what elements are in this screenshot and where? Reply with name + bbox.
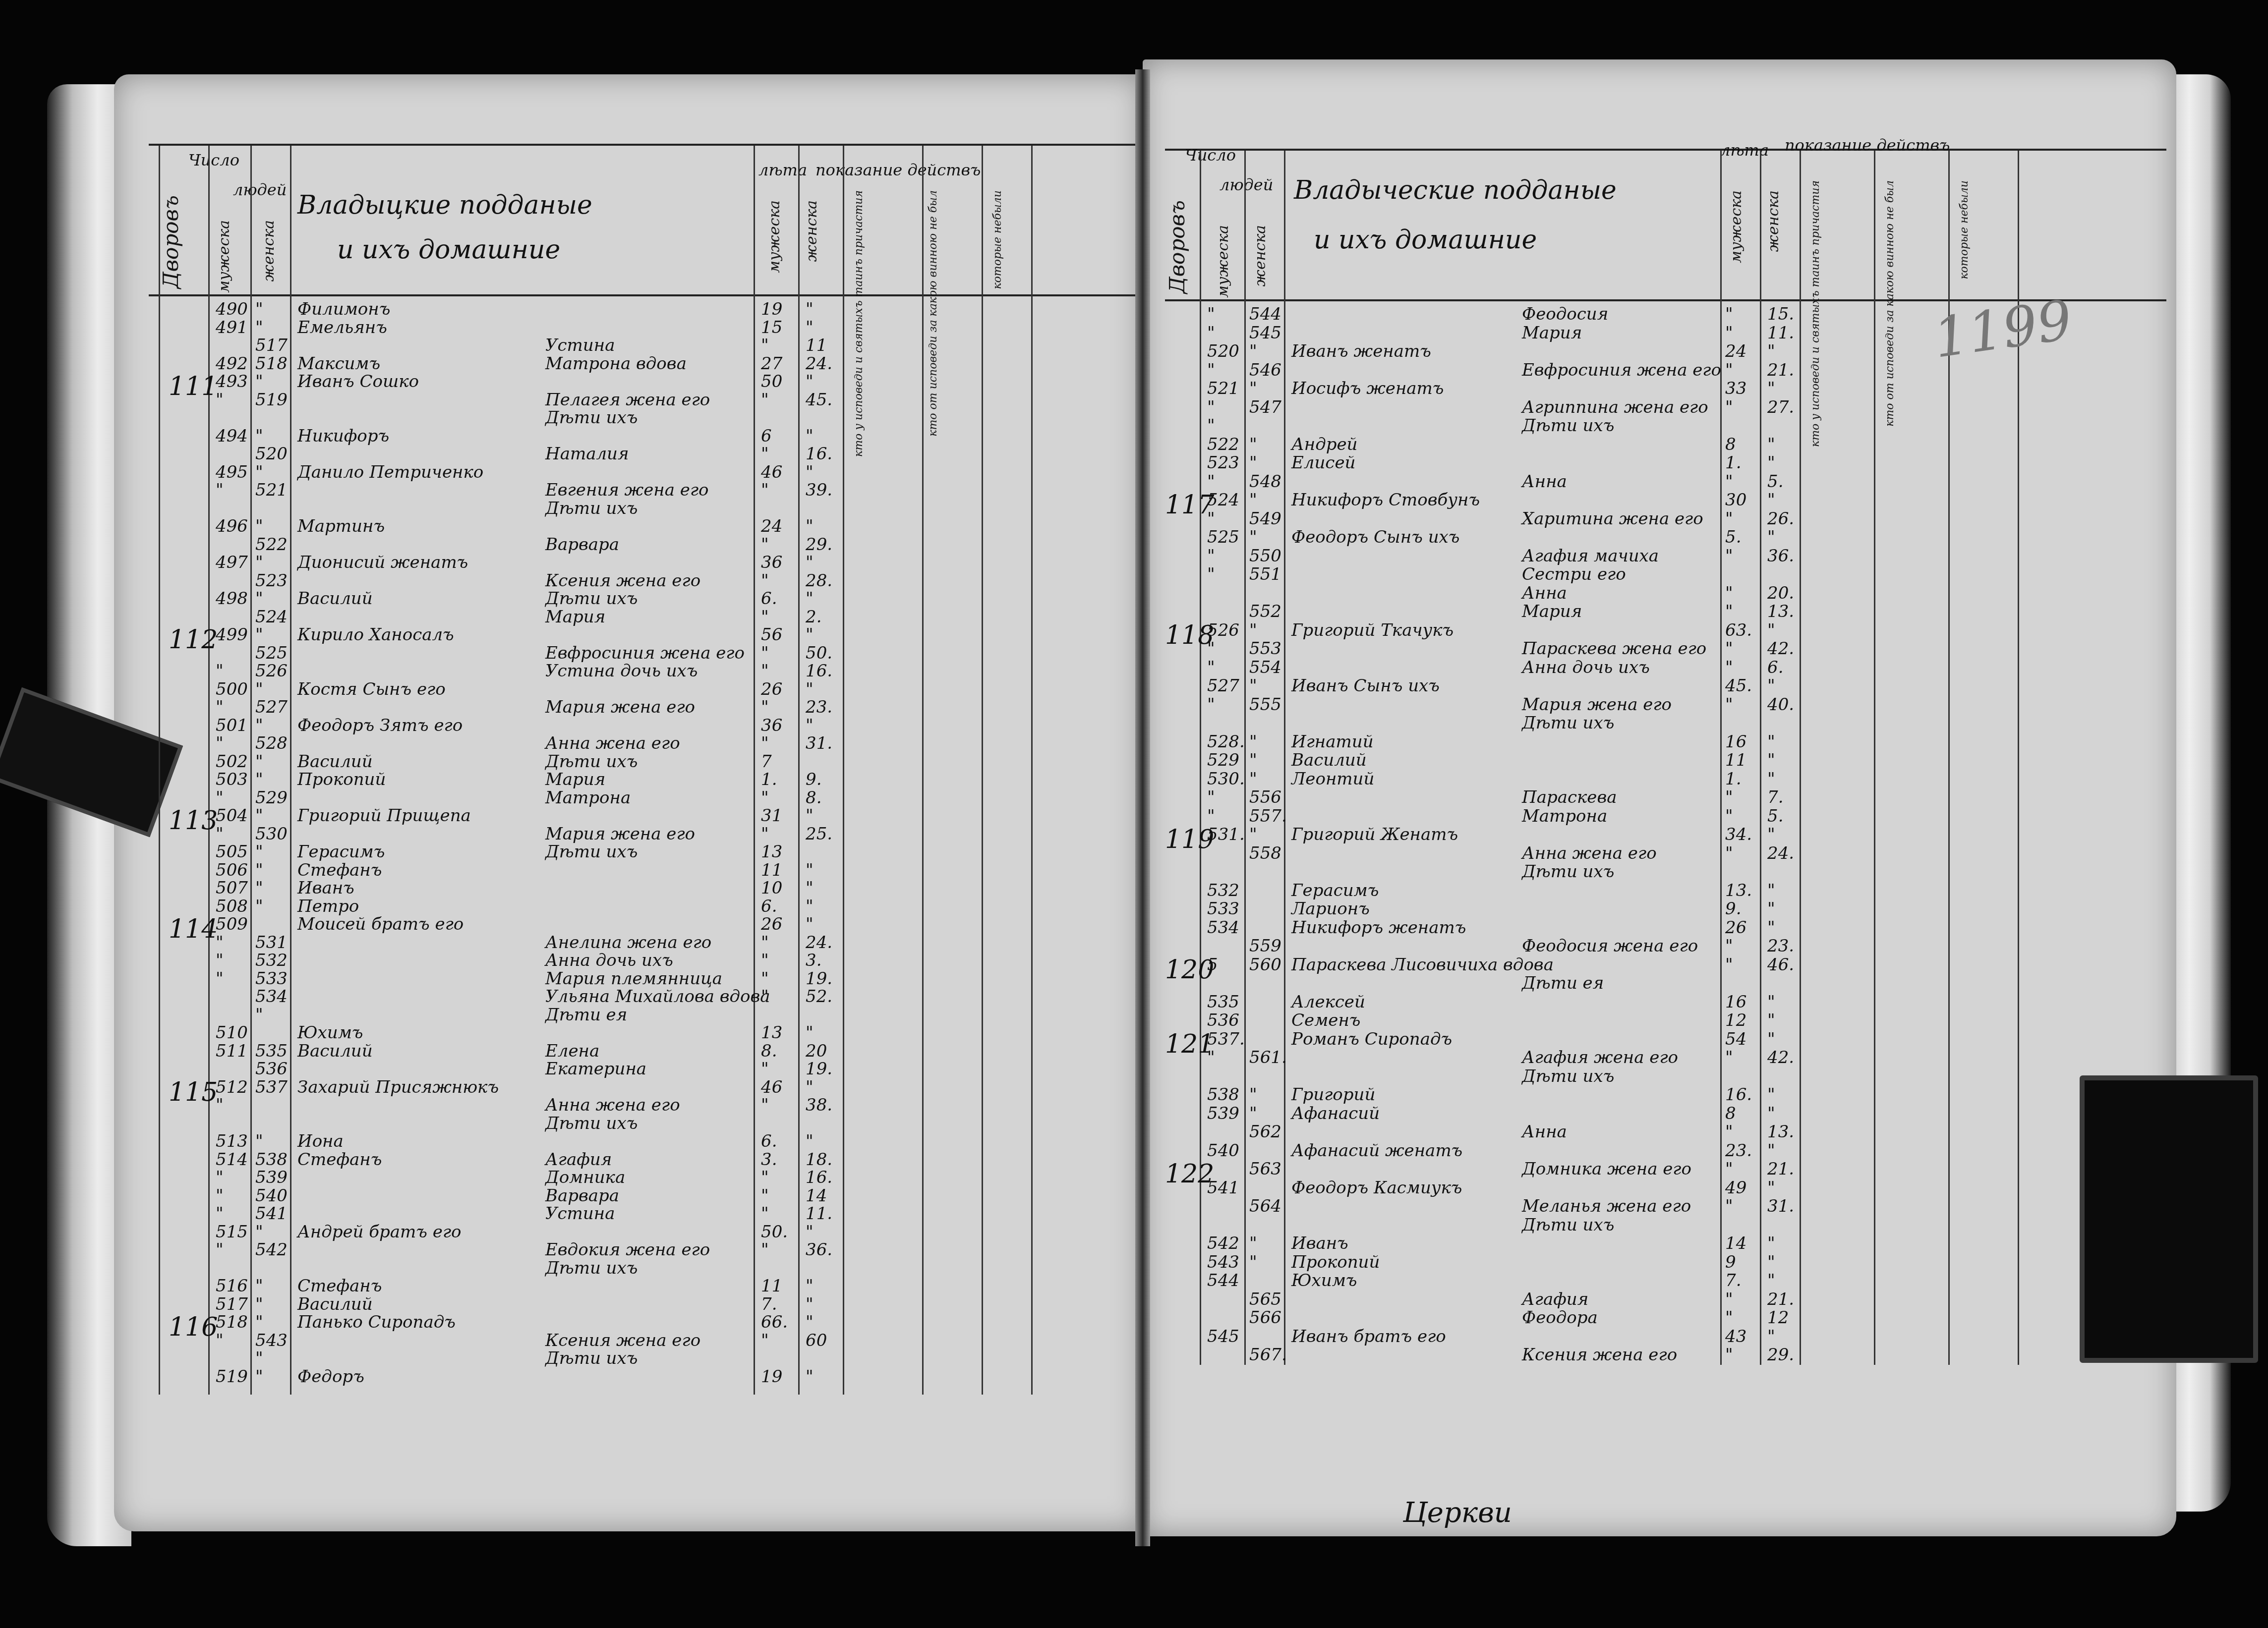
cell-female-no: " <box>1249 769 1257 789</box>
cell-age-m: 16 <box>1725 992 1746 1012</box>
cell-female-no: 567. <box>1249 1345 1287 1365</box>
cell-age-m: 7. <box>761 1294 777 1314</box>
cell-age-m: " <box>1725 1122 1733 1142</box>
cell-relation: Ксения жена его <box>545 571 700 591</box>
cell-age-f: 42. <box>1767 1048 1794 1067</box>
cell-name: Елисей <box>1291 453 1355 473</box>
cell-age-m: 5. <box>1725 527 1741 547</box>
cell-female-no: " <box>255 625 263 645</box>
cell-name: Захарий Присяжнюкъ <box>297 1077 499 1097</box>
cell-age-f: 9. <box>806 770 821 789</box>
header-evidence-col-3: которые небыли <box>1958 180 1971 280</box>
cell-male-no: 526 <box>1207 620 1239 640</box>
cell-relation: Параскева жена его <box>1522 639 1706 659</box>
cell-relation: Дѣти ихъ <box>1522 862 1614 882</box>
cell-age-m: 63. <box>1725 620 1752 640</box>
cell-female-no: 554 <box>1249 658 1281 677</box>
cell-male-no: " <box>216 480 224 500</box>
cell-female-no: 526 <box>255 661 288 681</box>
cell-name: Мартинъ <box>297 516 385 536</box>
cell-relation: Домника <box>545 1168 625 1187</box>
header-female: женска <box>260 220 278 281</box>
cell-age-f: 7. <box>1767 787 1783 807</box>
cell-female-no: " <box>255 299 263 319</box>
cell-age-m: 27 <box>761 354 782 374</box>
cell-age-f: " <box>1767 918 1775 938</box>
cell-relation: Анна жена его <box>545 733 680 753</box>
cell-name: Василий <box>297 1294 373 1314</box>
cell-female-no: 540 <box>255 1186 288 1206</box>
cell-female-no: " <box>255 1131 263 1151</box>
cell-age-f: " <box>806 462 814 482</box>
cell-age-m: 1. <box>761 770 777 789</box>
cell-relation: Матрона <box>545 788 631 808</box>
cell-age-f: 31. <box>1767 1196 1794 1216</box>
cell-relation: Дѣти ихъ <box>1522 1215 1614 1235</box>
cell-age-m: 7 <box>761 752 772 772</box>
cell-relation: Агриппина жена его <box>1522 397 1708 417</box>
cell-female-no: " <box>1249 341 1257 361</box>
cell-female-no: 542 <box>255 1240 288 1260</box>
cell-male-no: " <box>216 697 224 717</box>
cell-age-f: 2. <box>806 607 821 627</box>
cell-age-f: " <box>806 299 814 319</box>
cell-age-f: " <box>1767 1104 1775 1123</box>
cell-male-no: 498 <box>216 589 248 609</box>
cell-male-no: 534 <box>1207 918 1239 938</box>
cell-relation: Дѣти ихъ <box>545 1258 638 1278</box>
cell-female-no: " <box>255 806 263 826</box>
cell-relation: Анелина жена его <box>545 933 711 953</box>
cell-male-no: 5 <box>1207 955 1218 975</box>
cell-age-m: " <box>761 697 769 717</box>
cell-age-m: 30 <box>1725 490 1746 510</box>
cell-age-f: 24. <box>806 933 832 953</box>
cell-age-m: " <box>761 987 769 1007</box>
cell-male-no: " <box>1207 695 1215 715</box>
cell-male-no: 505 <box>216 842 248 862</box>
cell-female-no: 548 <box>1249 472 1281 492</box>
cell-age-m: 13. <box>1725 881 1752 900</box>
header-number-group: Число <box>188 151 239 169</box>
cell-age-f: " <box>1767 620 1775 640</box>
cell-name: Стефанъ <box>297 1276 382 1296</box>
cell-male-no: 490 <box>216 299 248 319</box>
cell-age-m: " <box>761 1095 769 1115</box>
cell-age-m: 6. <box>761 1131 777 1151</box>
cell-age-f: " <box>806 860 814 880</box>
cell-age-f: 8. <box>806 788 821 808</box>
cell-age-m: 6. <box>761 897 777 916</box>
cell-name: Костя Сынъ его <box>297 679 446 699</box>
header-households: Дворовъ <box>159 195 183 289</box>
page-title-line2: и ихъ домашние <box>337 235 560 265</box>
cell-female-no: 521 <box>255 480 288 500</box>
cell-age-f: 18. <box>806 1150 832 1170</box>
cell-age-f: 16. <box>806 1168 832 1187</box>
cell-age-m: 36 <box>761 716 782 735</box>
cell-male-no: " <box>1207 472 1215 492</box>
cell-male-no: " <box>1207 360 1215 380</box>
cell-male-no: " <box>1207 546 1215 566</box>
header-age-group: лѣта <box>758 161 807 179</box>
footer-note: Церкви <box>1403 1497 1512 1529</box>
cell-age-f: " <box>806 516 814 536</box>
cell-male-no: " <box>216 1186 224 1206</box>
cell-male-no: 521 <box>1207 379 1239 398</box>
cell-female-no: 527 <box>255 697 288 717</box>
cell-age-f: " <box>806 716 814 735</box>
cell-age-m: " <box>761 480 769 500</box>
cell-relation: Евфросиния жена его <box>545 643 745 663</box>
cell-female-no: 564 <box>1249 1196 1281 1216</box>
cell-age-m: 13 <box>761 842 782 862</box>
cell-female-no: 518 <box>255 354 288 374</box>
cell-female-no: 555 <box>1249 695 1281 715</box>
cell-age-m: " <box>1725 955 1733 975</box>
cell-age-f: " <box>1767 453 1775 473</box>
cell-female-no: 562 <box>1249 1122 1281 1142</box>
cell-male-no: " <box>1207 787 1215 807</box>
cell-name: Ларионъ <box>1291 899 1370 919</box>
cell-age-m: " <box>761 1186 769 1206</box>
cell-female-no: 520 <box>255 444 288 464</box>
cell-age-f: 21. <box>1767 1290 1794 1309</box>
cell-age-f: " <box>806 1294 814 1314</box>
cell-female-no: 545 <box>1249 323 1281 343</box>
cell-age-m: " <box>761 390 769 410</box>
cell-male-no: " <box>216 1204 224 1224</box>
header-evidence-group: показание действъ <box>1785 136 1950 155</box>
cell-age-m: 45. <box>1725 676 1752 696</box>
cell-relation: Наталия <box>545 444 629 464</box>
cell-name: Иосифъ женатъ <box>1291 379 1444 398</box>
header-age-female: женска <box>803 200 820 262</box>
cell-age-f: " <box>1767 1010 1775 1030</box>
cell-female-no: " <box>1249 1085 1257 1105</box>
cell-relation: Параскева <box>1522 787 1617 807</box>
page-title-line1: Владыцкие подданые <box>297 190 592 220</box>
cell-age-m: 11 <box>761 1276 782 1296</box>
cell-male-no: " <box>216 1168 224 1187</box>
cell-relation: Дѣти ихъ <box>545 1114 638 1133</box>
cell-female-no: 538 <box>255 1150 288 1170</box>
cell-male-no: 502 <box>216 752 248 772</box>
cell-age-f: 45. <box>806 390 832 410</box>
cell-name: Дионисий женатъ <box>297 553 468 572</box>
cell-name: Федоръ <box>297 1367 364 1387</box>
header-souls-group: людей <box>1220 175 1273 194</box>
cell-age-f: " <box>806 1131 814 1151</box>
cell-age-f: " <box>1767 769 1775 789</box>
cell-age-f: " <box>1767 490 1775 510</box>
cell-age-m: " <box>1725 695 1733 715</box>
cell-name: Никифоръ женатъ <box>1291 918 1466 938</box>
cell-age-f: 21. <box>1767 360 1794 380</box>
cell-male-no: 525 <box>1207 527 1239 547</box>
cell-male-no: 545 <box>1207 1327 1239 1347</box>
cell-age-f: " <box>1767 1234 1775 1253</box>
cell-relation: Ульяна Михайлова вдова <box>545 987 770 1007</box>
cell-age-m: 8. <box>761 1041 777 1061</box>
cell-age-m: " <box>1725 639 1733 659</box>
cell-female-no: " <box>255 842 263 862</box>
cell-age-m: " <box>1725 472 1733 492</box>
cell-female-no: 544 <box>1249 304 1281 324</box>
cell-male-no: " <box>216 661 224 681</box>
cell-name: Кирило Ханосалъ <box>297 625 454 645</box>
cell-age-m: 26 <box>1725 918 1746 938</box>
cell-age-m: " <box>761 1168 769 1187</box>
cell-relation: Дѣти ихъ <box>545 408 638 428</box>
cell-name: Иванъ Сынъ ихъ <box>1291 676 1440 696</box>
cell-age-m: 15 <box>761 318 782 337</box>
cell-age-m: 3. <box>761 1150 777 1170</box>
cell-female-no: " <box>255 516 263 536</box>
cell-age-m: 50 <box>761 372 782 392</box>
cell-relation: Дѣти ихъ <box>545 589 638 609</box>
cell-male-no: 509 <box>216 914 248 934</box>
cell-age-f: " <box>1767 1029 1775 1049</box>
header-evidence-col-3: которые небыли <box>991 190 1004 289</box>
cell-age-f: 24. <box>806 354 832 374</box>
cell-female-no: 559 <box>1249 936 1281 956</box>
table-header-left: Число людей Дворовъ мужеска женска Влады… <box>149 146 1135 296</box>
cell-male-no: " <box>1207 564 1215 584</box>
cell-female-no: " <box>255 860 263 880</box>
cell-male-no: 544 <box>1207 1271 1239 1291</box>
cell-male-no: 501 <box>216 716 248 735</box>
cell-age-m: " <box>761 1059 769 1079</box>
cell-age-f: " <box>1767 1085 1775 1105</box>
cell-age-m: 16 <box>1725 732 1746 752</box>
cell-relation: Екатерина <box>545 1059 646 1079</box>
cell-name: Леонтий <box>1291 769 1374 789</box>
cell-relation: Анна <box>1522 1122 1567 1142</box>
cell-relation: Агафия жена его <box>1522 1048 1678 1067</box>
cell-male-no: " <box>1207 509 1215 529</box>
cell-age-m: " <box>761 788 769 808</box>
cell-male-no: 513 <box>216 1131 248 1151</box>
cell-name: Никифоръ Стовбунъ <box>1291 490 1480 510</box>
cell-female-no: 550 <box>1249 546 1281 566</box>
cell-female-no: " <box>255 679 263 699</box>
cell-age-m: 8 <box>1725 1104 1736 1123</box>
cell-relation: Мария жена его <box>545 824 695 844</box>
cell-female-no: " <box>255 1294 263 1314</box>
cell-age-f: " <box>806 318 814 337</box>
cell-age-f: 13. <box>1767 1122 1794 1142</box>
header-age-male: мужеска <box>766 200 783 273</box>
cell-name: Максимъ <box>297 354 380 374</box>
cell-relation: Мария племянница <box>545 969 722 989</box>
cell-male-no: 517 <box>216 1294 248 1314</box>
cell-age-m: " <box>1725 583 1733 603</box>
cell-female-no: " <box>255 752 263 772</box>
cell-age-f: 40. <box>1767 695 1794 715</box>
cell-age-m: " <box>1725 1196 1733 1216</box>
cell-age-m: 46 <box>761 1077 782 1097</box>
cell-male-no: " <box>1207 806 1215 826</box>
cell-age-m: 9. <box>1725 899 1741 919</box>
cell-relation: Евгения жена его <box>545 480 709 500</box>
cell-age-f: 31. <box>806 733 832 753</box>
cell-relation: Мария жена его <box>545 697 695 717</box>
cell-female-no: 549 <box>1249 509 1281 529</box>
cell-female-no: " <box>1249 527 1257 547</box>
cell-name: Стефанъ <box>297 1150 382 1170</box>
cell-name: Иванъ братъ его <box>1291 1327 1446 1347</box>
cell-age-m: " <box>1725 1048 1733 1067</box>
cell-name: Романъ Сиропадъ <box>1291 1029 1452 1049</box>
cell-age-f: " <box>1767 341 1775 361</box>
cell-age-m: 36 <box>761 553 782 572</box>
header-age-female: женска <box>1765 190 1782 252</box>
cell-name: Феодоръ Сынъ ихъ <box>1291 527 1459 547</box>
cell-name: Григорий Женатъ <box>1291 825 1458 844</box>
cell-name: Андрей братъ его <box>297 1222 462 1242</box>
cell-relation: Дѣти ихъ <box>1522 1067 1614 1086</box>
cell-relation: Варвара <box>545 1186 619 1206</box>
cell-age-f: " <box>1767 1327 1775 1347</box>
cell-age-m: " <box>1725 806 1733 826</box>
cell-female-no: " <box>255 589 263 609</box>
cell-male-no: 537. <box>1207 1029 1245 1049</box>
cell-male-no: 528. <box>1207 732 1245 752</box>
header-age-group: лѣта <box>1720 141 1769 160</box>
cell-age-f: 46. <box>1767 955 1794 975</box>
header-households: Дворовъ <box>1165 200 1189 294</box>
cell-female-no: " <box>1249 1252 1257 1272</box>
cell-name: Панько Сиропадъ <box>297 1312 456 1332</box>
cell-age-f: " <box>806 625 814 645</box>
cell-age-m: " <box>761 336 769 355</box>
cell-relation: Дѣти ея <box>545 1005 627 1025</box>
cell-male-no: 495 <box>216 462 248 482</box>
cell-male-no: 539 <box>1207 1104 1239 1123</box>
cell-relation: Дѣти ихъ <box>1522 416 1614 436</box>
cell-age-m: 10 <box>761 878 782 898</box>
cell-relation: Мария <box>1522 323 1582 343</box>
cell-age-f: " <box>806 589 814 609</box>
cell-age-f: 19. <box>806 1059 832 1079</box>
cell-relation: Сестри его <box>1522 564 1626 584</box>
cell-relation: Дѣти ихъ <box>545 752 638 772</box>
cell-male-no: " <box>1207 304 1215 324</box>
cell-relation: Мария <box>1522 602 1582 621</box>
cell-female-no: 541 <box>255 1204 288 1224</box>
cell-male-no: 527 <box>1207 676 1239 696</box>
cell-name: Иона <box>297 1131 344 1151</box>
cell-age-m: 14 <box>1725 1234 1746 1253</box>
cell-male-no: " <box>1207 639 1215 659</box>
cell-age-f: " <box>1767 379 1775 398</box>
cell-male-no: 506 <box>216 860 248 880</box>
cell-age-f: " <box>1767 1178 1775 1198</box>
cell-female-no: 529 <box>255 788 288 808</box>
cell-male-no: " <box>1207 397 1215 417</box>
cell-female-no: " <box>255 770 263 789</box>
cell-age-f: 15. <box>1767 304 1794 324</box>
header-male: мужеска <box>1215 225 1232 298</box>
cell-male-no: 496 <box>216 516 248 536</box>
cell-male-no: " <box>1207 1048 1215 1067</box>
cell-male-no: 510 <box>216 1023 248 1043</box>
cell-name: Иванъ Сошко <box>297 372 419 392</box>
cell-male-no: 536 <box>1207 1010 1239 1030</box>
cell-name: Филимонъ <box>297 299 390 319</box>
cell-name: Параскева Лисовичиха вдова <box>1291 955 1554 975</box>
header-souls-group: людей <box>233 180 287 199</box>
cell-age-m: " <box>761 607 769 627</box>
cell-female-no: " <box>255 897 263 916</box>
cell-relation: Агафия <box>1522 1290 1588 1309</box>
ledger-table-left: Число людей Дворовъ мужеска женска Влады… <box>149 144 1135 1395</box>
cell-age-f: 29. <box>1767 1345 1794 1365</box>
cell-age-f: " <box>1767 732 1775 752</box>
cell-age-m: 26 <box>761 679 782 699</box>
cell-age-m: 66. <box>761 1312 788 1332</box>
cell-female-no: 533 <box>255 969 288 989</box>
cell-female-no: " <box>1249 490 1257 510</box>
cell-male-no: " <box>216 824 224 844</box>
cell-age-f: " <box>1767 676 1775 696</box>
cell-age-m: 1. <box>1725 453 1741 473</box>
cell-name: Андрей <box>1291 435 1357 454</box>
cell-male-no: 519 <box>216 1367 248 1387</box>
cell-male-no: " <box>216 969 224 989</box>
cell-relation: Анна жена его <box>545 1095 680 1115</box>
cell-male-no: 524 <box>1207 490 1239 510</box>
cell-age-f: 16. <box>806 661 832 681</box>
header-age-male: мужеска <box>1728 190 1745 263</box>
cell-male-no: 500 <box>216 679 248 699</box>
cell-relation: Харитина жена его <box>1522 509 1703 529</box>
cell-male-no: 531. <box>1207 825 1245 844</box>
header-male: мужеска <box>216 220 233 293</box>
cell-age-f: " <box>1767 750 1775 770</box>
cell-age-f: " <box>1767 825 1775 844</box>
cell-age-f: 3. <box>806 951 821 970</box>
cell-name: Семенъ <box>1291 1010 1361 1030</box>
cell-male-no: 504 <box>216 806 248 826</box>
cell-age-m: " <box>1725 658 1733 677</box>
cell-age-m: 19 <box>761 299 782 319</box>
cell-relation: Пелагея жена его <box>545 390 710 410</box>
cell-relation: Анна дочь ихъ <box>1522 658 1650 677</box>
cell-male-no: 491 <box>216 318 248 337</box>
cell-age-f: " <box>1767 1271 1775 1291</box>
cell-male-no: 515 <box>216 1222 248 1242</box>
cell-age-m: 33 <box>1725 379 1746 398</box>
cell-name: Герасимъ <box>297 842 385 862</box>
cell-male-no: 523 <box>1207 453 1239 473</box>
cell-age-m: " <box>761 733 769 753</box>
cell-male-no: 522 <box>1207 435 1239 454</box>
cell-name: Юхимъ <box>297 1023 363 1043</box>
cell-age-f: 11 <box>806 336 827 355</box>
cell-female-no: 551 <box>1249 564 1281 584</box>
cell-female-no: " <box>255 1312 263 1332</box>
cell-age-f: 60 <box>806 1331 827 1350</box>
cell-name: Василий <box>1291 750 1367 770</box>
cell-male-no: " <box>216 1095 224 1115</box>
cell-male-no: " <box>1207 416 1215 436</box>
table-header-right: Число людей Дворовъ мужеска женска Влады… <box>1165 151 2166 301</box>
cell-relation: Феодосия <box>1522 304 1608 324</box>
cell-male-no: 494 <box>216 426 248 446</box>
cell-age-f: 39. <box>806 480 832 500</box>
